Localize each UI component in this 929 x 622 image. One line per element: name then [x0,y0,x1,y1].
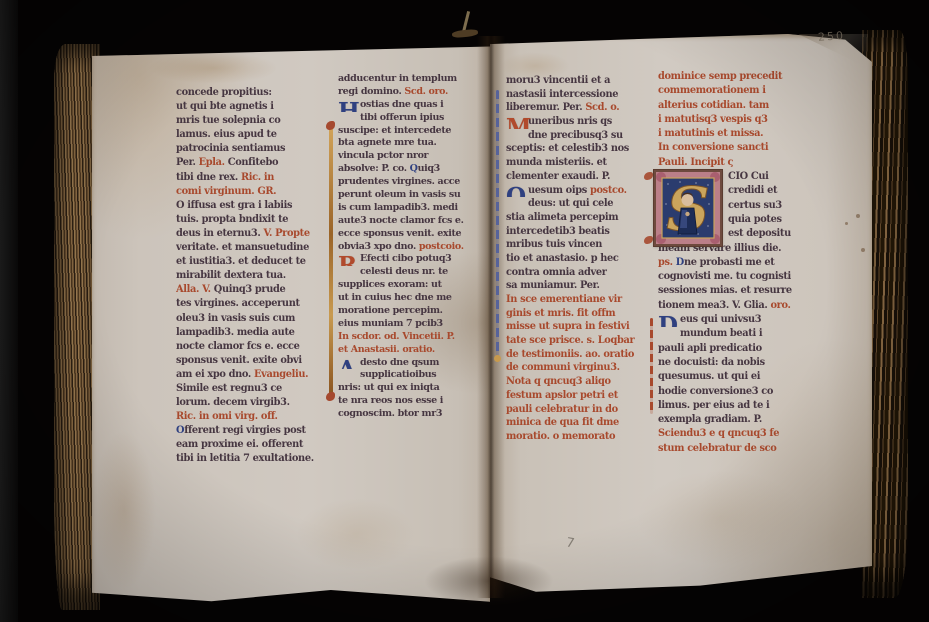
manuscript-line: clementer exaudi. P. [506,170,654,184]
historiated-initial-miniature: S [654,170,722,246]
manuscript-line: ps. Dne probasti me et [658,256,814,270]
text-segment: pauli celebratur in do [506,404,618,415]
manuscript-line: mirabilit dextera tua. [176,269,329,283]
manuscript-line: deus in eternu3. V. Propte [176,227,329,241]
text-segment: oro. [771,300,791,311]
manuscript-line: REfecti cibo potuq3 [338,253,488,266]
book-fore-edge-right [862,30,908,598]
text-segment: is cum lampadib3. medi [338,202,458,213]
manuscript-line: obvia3 xpo dno. postcoio. [338,241,488,254]
manuscript-line: lamus. eius apud te [176,128,329,142]
text-segment: prudentes virgines. acce [338,176,460,187]
text-segment: absolve: P. co. [338,163,410,174]
text-segment: mris tue solepnia co [176,115,280,126]
manuscript-line: perunt oleum in vasis su [338,189,488,202]
stain [424,556,554,606]
manuscript-line: Ric. in omi virg. off. [176,410,329,424]
manuscript-line: supplices exoram: ut [338,279,488,292]
text-column-recto-2: dominice semp preceditcommemorationem ia… [658,70,814,456]
book-fore-edge-left [54,44,100,610]
manuscript-photo: concede propitius:ut qui bte agnetis imr… [0,0,929,622]
manuscript-line: concede propitius: [176,86,329,100]
text-segment: nocte clamor fcs e. ecce [176,341,299,352]
manuscript-line: aute3 nocte clamor fcs e. [338,215,488,228]
foxing-spot [845,222,848,225]
manuscript-line: i matutinis et missa. [658,127,814,141]
manuscript-line: Offerent regi virgies post [176,424,329,438]
text-segment: cognovisti me. tu cognisti [658,271,791,282]
manuscript-line: hodie conversione3 co [658,385,814,399]
text-segment: tibi dne rex. [176,172,241,183]
text-segment: eius muniam 7 pcib3 [338,318,443,329]
manuscript-line: suscipe: et intercedete [338,125,488,138]
manuscript-line: Sciendu3 e q qncuq3 fe [658,427,814,441]
text-segment: am ei xpo dno. [176,369,254,380]
text-segment: sa muniamur. Per. [506,280,600,291]
manuscript-line: lampadib3. media aute [176,326,329,340]
text-segment: oleu3 in vasis suis cum [176,313,295,324]
illuminated-initial: Q [506,185,526,198]
text-segment: perunt oleum in vasis su [338,189,460,200]
manuscript-line: minica de qua fit dme [506,416,654,430]
manuscript-line: commemorationem i [658,84,814,98]
text-segment: ostias dne quas i [360,99,443,110]
text-segment: sceptis: et celestib3 nos [506,143,629,154]
text-segment: deus: ut qui cele [528,198,613,209]
manuscript-line: munda misteriis. et [506,156,654,170]
text-segment: est depositu [728,228,791,239]
text-segment: commemorationem i [658,85,766,96]
text-segment: postcoio. [419,241,464,252]
text-segment: mribus tuis vincen [506,239,602,250]
manuscript-line: Pauli. Incipit ς [658,156,814,170]
foxing-spot [861,248,865,252]
text-segment: uneribus nris qs [528,116,612,127]
text-segment: fferent regi virgies post [184,425,305,436]
manuscript-line: quesumus. ut qui ei [658,370,814,384]
text-segment: Per. [176,157,199,168]
manuscript-line: stia alimeta percepim [506,211,654,225]
manuscript-line: moratione percepim. [338,305,488,318]
manuscript-line: ecce sponsus venit. exite [338,228,488,241]
headband [452,29,479,39]
manuscript-line: tionem mea3. V. Glia. oro. [658,299,814,313]
text-segment: D [676,257,684,268]
text-segment: moratione percepim. [338,305,443,316]
manuscript-line: nastasii intercessione [506,88,654,102]
manuscript-line: Simile est regnu3 ce [176,382,329,396]
text-segment: bta agnete mre tua. [338,137,437,148]
manuscript-line: tuis. propta bndixit te [176,213,329,227]
manuscript-line: limus. per eius ad te i [658,399,814,413]
manuscript-line: festum apslor petri et [506,389,654,403]
text-segment: nastasii intercessione [506,89,618,100]
manuscript-line: cognovisti me. tu cognisti [658,270,814,284]
foxing-spot [856,214,860,218]
text-segment: deus in eternu3. [176,228,263,239]
manuscript-line: Hostias dne quas i [338,99,488,112]
manuscript-line: Quesum oips postco. [506,184,654,198]
manuscript-line: veritate. et mansuetudine [176,241,329,255]
manuscript-line: et Anastasii. oratio. [338,344,488,357]
manuscript-line: de communi virginu3. [506,361,654,375]
manuscript-line: nocte clamor fcs e. ecce [176,340,329,354]
text-segment: eam proxime ei. offerent [176,439,303,450]
manuscript-line: sceptis: et celestib3 nos [506,142,654,156]
text-segment: celesti deus nr. te [360,266,448,277]
text-segment: adducentur in templum [338,73,457,84]
text-segment: veritate. et mansuetudine [176,242,309,253]
text-segment: intercedetib3 beatis [506,226,610,237]
manuscript-line: bta agnete mre tua. [338,137,488,150]
text-segment: Ric. in omi virg. off. [176,411,278,422]
text-segment: tionem mea3. V. Glia. [658,300,771,311]
text-segment: Epla. [199,157,228,168]
text-column-recto-1: moru3 vincentii et anastasii intercessio… [506,74,654,444]
text-segment: certus su3 [728,200,782,211]
text-segment: limus. per eius ad te i [658,400,769,411]
text-segment: Sciendu3 e q qncuq3 fe [658,428,779,439]
text-segment: ut in cuius hec dne me [338,292,452,303]
text-segment: minica de qua fit dme [506,417,619,428]
text-segment: mundum beati i [680,328,762,339]
text-segment: Alla. V. [176,284,214,295]
manuscript-line: am ei xpo dno. Evangeliu. [176,368,329,382]
text-column-verso-1: concede propitius:ut qui bte agnetis imr… [176,86,329,467]
manuscript-line: dominice semp precedit [658,70,814,84]
manuscript-line: tio et anastasio. p hec [506,252,654,266]
text-segment: nris: ut qui ex iniqta [338,382,439,393]
text-segment: CIO Cui [728,171,769,182]
text-segment: ut qui bte agnetis i [176,101,274,112]
manuscript-line: moratio. o memorato [506,430,654,444]
photo-edge-shadow [0,0,18,622]
manuscript-line: Per. Epla. Confitebo [176,156,329,170]
text-segment: suscipe: et intercedete [338,125,451,136]
manuscript-line: alterius cotidian. tam [658,99,814,113]
manuscript-line: misse ut supra in festivi [506,320,654,334]
text-segment: liberemur. Per. [506,102,585,113]
text-segment: et Anastasii. oratio. [338,344,435,355]
text-segment: contra omnia adver [506,267,607,278]
text-segment: alterius cotidian. tam [658,100,769,111]
manuscript-line: dne precibusq3 su [506,129,654,143]
text-segment: uiq3 [418,163,440,174]
manuscript-line: Deus qui univsu3 [658,313,814,327]
text-segment: dne precibusq3 su [528,130,623,141]
text-segment: ps. [658,257,676,268]
text-segment: lorum. decem virgib3. [176,397,290,408]
text-segment: pauli apli predicatio [658,343,762,354]
manuscript-line: In conversione sancti [658,141,814,155]
text-segment: i matutisq3 vespis q3 [658,114,768,125]
manuscript-line: tibi dne rex. Ric. in [176,171,329,185]
manuscript-line: absolve: P. co. Quiq3 [338,163,488,176]
text-segment: desto dne qsum [360,357,439,368]
manuscript-line: patrocinia sentiamus [176,142,329,156]
text-segment: stum celebratur de sco [658,443,776,454]
manuscript-line: contra omnia adver [506,266,654,280]
manuscript-line: deus: ut qui cele [506,197,654,211]
manuscript-line: intercedetib3 beatis [506,225,654,239]
text-segment: hodie conversione3 co [658,386,773,397]
manuscript-line: In scdor. od. Vincetii. P. [338,331,488,344]
manuscript-line: O iffusa est gra i labiis [176,199,329,213]
text-segment: ne docuisti: da nobis [658,357,765,368]
manuscript-line: sessiones mias. et resurre [658,284,814,298]
illuminated-initial: M [506,116,531,129]
text-segment: tuis. propta bndixit te [176,214,288,225]
manuscript-line: regi domino. Scd. oro. [338,86,488,99]
text-segment: tate sce prisce. s. Loqbar [506,335,634,346]
manuscript-line: oleu3 in vasis suis cum [176,312,329,326]
manuscript-line: tibi offerun ipius [338,112,488,125]
manuscript-line: Alla. V. Quinq3 prude [176,283,329,297]
text-segment: moru3 vincentii et a [506,75,610,86]
manuscript-line: nris: ut qui ex iniqta [338,382,488,395]
manuscript-line: ginis et mris. fit offm [506,307,654,321]
manuscript-line: sponsus venit. exite obvi [176,354,329,368]
manuscript-line: sa muniamur. Per. [506,279,654,293]
text-segment: tibi offerun ipius [360,112,444,123]
text-segment: Ric. in [241,172,274,183]
text-segment: eus qui univsu3 [680,314,761,325]
text-segment: Pauli. Incipit ς [658,157,733,168]
text-segment: clementer exaudi. P. [506,171,610,182]
text-segment: festum apslor petri et [506,390,618,401]
manuscript-line: In sce emerentiane vir [506,293,654,307]
illuminated-initial: A [338,358,356,370]
text-segment: Q [410,163,418,174]
manuscript-line: exempla gradiam. P. [658,413,814,427]
text-segment: tes virgines. acceperunt [176,298,300,309]
text-column-verso-2: adducentur in templumregi domino. Scd. o… [338,73,488,421]
saint-paul-miniature: S [654,170,722,246]
text-segment: tibi in letitia 7 exultatione. [176,453,314,464]
folio-number: 250 [818,29,846,44]
text-segment: O [176,425,184,436]
text-segment: O iffusa est gra i labiis [176,200,292,211]
manuscript-line: vincula pctor nror [338,150,488,163]
manuscript-line: mris tue solepnia co [176,114,329,128]
manuscript-line: cognoscim. btor mr3 [338,408,488,421]
stain [296,498,416,570]
manuscript-line: adducentur in templum [338,73,488,86]
manuscript-line: celesti deus nr. te [338,266,488,279]
manuscript-line: Nota q qncuq3 aliqo [506,375,654,389]
text-segment: sessiones mias. et resurre [658,285,792,296]
manuscript-line: stum celebratur de sco [658,442,814,456]
manuscript-line: ut in cuius hec dne me [338,292,488,305]
text-segment: Scd. o. [585,102,619,113]
text-segment: Efecti cibo potuq3 [360,253,451,264]
manuscript-line: is cum lampadib3. medi [338,202,488,215]
manuscript-line: et iustitia3. et deducet te [176,255,329,269]
text-segment: In conversione sancti [658,142,768,153]
illuminated-initial: H [338,100,359,112]
manuscript-line: moru3 vincentii et a [506,74,654,88]
manuscript-line: eius muniam 7 pcib3 [338,318,488,331]
text-segment: Nota q qncuq3 aliqo [506,376,611,387]
text-segment: comi virginum. GR. [176,186,276,197]
manuscript-line: tate sce prisce. s. Loqbar [506,334,654,348]
manuscript-line: pauli apli predicatio [658,342,814,356]
text-segment: Scd. oro. [404,86,448,97]
text-segment: lampadib3. media aute [176,327,295,338]
manuscript-line: Adesto dne qsum [338,357,488,370]
text-segment: quia potes [728,214,782,225]
text-segment: te nra reos nos esse i [338,395,443,406]
manuscript-line: tes virgines. acceperunt [176,297,329,311]
text-segment: et iustitia3. et deducet te [176,256,306,267]
manuscript-line: mundum beati i [658,327,814,341]
text-segment: uesum oips [528,185,590,196]
manuscript-line: mribus tuis vincen [506,238,654,252]
text-segment: ne probasti me et [684,257,775,268]
manuscript-line: ne docuisti: da nobis [658,356,814,370]
manuscript-line: comi virginum. GR. [176,185,329,199]
text-segment: ginis et mris. fit offm [506,308,615,319]
text-segment: aute3 nocte clamor fcs e. [338,215,464,226]
illuminated-initial: D [658,314,678,327]
manuscript-line: pauli celebratur in do [506,403,654,417]
stain [92,430,156,590]
text-segment: obvia3 xpo dno. [338,241,419,252]
text-segment: lamus. eius apud te [176,129,277,140]
gold-filigree-bar [329,126,333,396]
text-segment: In scdor. od. Vincetii. P. [338,331,455,342]
text-segment: Confitebo [228,157,278,168]
text-segment: stia alimeta percepim [506,212,618,223]
manuscript-line: lorum. decem virgib3. [176,396,329,410]
text-segment: Quinq3 prude [214,284,286,295]
bookmark-thread [461,11,470,37]
manuscript-line: tibi in letitia 7 exultatione. [176,452,329,466]
manuscript-line: supplicatioibus [338,369,488,382]
manuscript-line: ut qui bte agnetis i [176,100,329,114]
manuscript-line: liberemur. Per. Scd. o. [506,101,654,115]
text-segment: vincula pctor nror [338,150,428,161]
text-segment: Evangeliu. [254,369,308,380]
text-segment: supplicatioibus [360,369,436,380]
text-segment: i matutinis et missa. [658,128,763,139]
text-segment: misse ut supra in festivi [506,321,629,332]
text-segment: cognoscim. btor mr3 [338,408,442,419]
text-segment: tio et anastasio. p hec [506,253,619,264]
text-segment: quesumus. ut qui ei [658,371,760,382]
text-segment: de testimoniis. ao. oratio [506,349,634,360]
text-segment: dominice semp precedit [658,71,782,82]
text-segment: supplices exoram: ut [338,279,442,290]
text-segment: patrocinia sentiamus [176,143,285,154]
manuscript-line: te nra reos nos esse i [338,395,488,408]
text-segment: Simile est regnu3 ce [176,383,282,394]
manuscript-line: eam proxime ei. offerent [176,438,329,452]
text-segment: V. Propte [263,228,309,239]
blue-filigree-bar [496,90,499,356]
text-segment: postco. [590,185,627,196]
text-segment: munda misteriis. et [506,157,607,168]
text-segment: concede propitius: [176,87,272,98]
text-segment: exempla gradiam. P. [658,414,762,425]
text-segment: sponsus venit. exite obvi [176,355,302,366]
text-segment: credidi et [728,185,777,196]
manuscript-line: prudentes virgines. acce [338,176,488,189]
manuscript-line: de testimoniis. ao. oratio [506,348,654,362]
manuscript-line: Muneribus nris qs [506,115,654,129]
pencil-mark: 7 [565,535,576,551]
text-segment: mirabilit dextera tua. [176,270,286,281]
text-segment: ecce sponsus venit. exite [338,228,461,239]
text-segment: In sce emerentiane vir [506,294,622,305]
text-segment: de communi virginu3. [506,362,620,373]
manuscript-line: i matutisq3 vespis q3 [658,113,814,127]
illuminated-initial: R [338,254,357,266]
stain [148,52,278,84]
stain [636,470,806,566]
text-segment: regi domino. [338,86,404,97]
text-segment: moratio. o memorato [506,431,615,442]
